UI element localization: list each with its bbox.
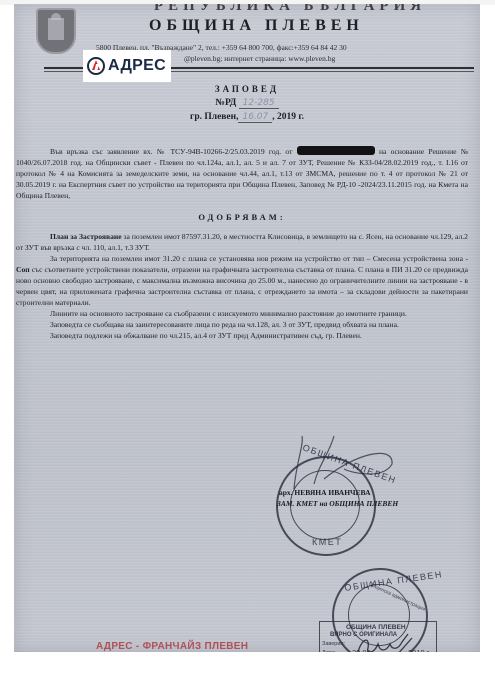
order-date-handwritten: 16.07 — [238, 112, 272, 123]
paragraph-territory: За територията на поземлен имот 31.20 с … — [16, 254, 468, 309]
territory-start: За територията на поземлен имот 31.20 с … — [50, 254, 468, 263]
order-number-handwritten: 12-285 — [239, 98, 279, 109]
redacted-name-2 — [331, 146, 375, 155]
certifier-signature-icon — [356, 632, 416, 652]
order-date: гр. Плевен,16.07, 2019 г. — [14, 112, 480, 122]
bottom-margin — [0, 652, 495, 700]
order-date-suffix: , 2019 г. — [272, 112, 304, 122]
pleven-coat-of-arms-icon — [36, 8, 76, 54]
box-stamp-certified-label: Заверил: — [322, 641, 345, 647]
signatory-position: ЗАМ. КМЕТ на ОБЩИНА ПЛЕВЕН — [277, 499, 398, 508]
franchise-watermark: АДРЕС - ФРАНЧАЙЗ ПЛЕВЕН — [96, 641, 248, 652]
territory-rest: със съответните устройствени показатели,… — [16, 265, 468, 307]
order-date-prefix: гр. Плевен, — [190, 112, 238, 122]
preamble-start: Във връзка със заявление вх. № ТСУ-94В-1… — [50, 147, 292, 156]
plan-title: План за Застрояване — [50, 232, 122, 241]
institution-name: ОБЩИНА ПЛЕВЕН — [149, 17, 364, 35]
letterhead-top-cut: РЕПУБЛИКА БЪЛГАРИЯ — [154, 4, 426, 15]
signature-scribble-icon — [284, 434, 404, 494]
scanned-document: РЕПУБЛИКА БЪЛГАРИЯ ОБЩИНА ПЛЕВЕН 5800 Пл… — [14, 4, 480, 652]
crest-tower — [48, 18, 64, 40]
paragraph-lines: Линиите на основното застрояване са съоб… — [16, 309, 468, 320]
adres-logo-text: АДРЕС — [108, 57, 166, 75]
order-number: №РД 12-285 — [14, 98, 480, 108]
preamble: Във връзка със заявление вх. № ТСУ-94В-1… — [16, 146, 468, 202]
order-heading: ЗАПОВЕД — [14, 84, 480, 94]
signatory-name: арх. НЕВЯНА ИВАНЧЕВА — [279, 488, 371, 497]
adres-logo: АДРЕС — [83, 50, 171, 82]
zone-code: Соп — [16, 265, 30, 274]
mayor-stamp-bottom-text: КМЕТ — [312, 537, 342, 547]
paragraph-notification: Заповедта се съобщава на заинтересованит… — [16, 320, 468, 331]
approve-heading: ОДОБРЯВАМ: — [16, 212, 468, 223]
adres-logo-mark-icon — [87, 57, 105, 75]
contact-web: @pleven.bg; интернет страница: www.pleve… — [184, 54, 335, 63]
true-copy-box-stamp: ОБЩИНА ПЛЕВЕН ВЯРНО С ОРИГИНАЛА Заверил:… — [319, 621, 437, 652]
paragraph-appeal: Заповедта подлежи на обжалване по чл.215… — [16, 331, 468, 342]
order-body: Във връзка със заявление вх. № ТСУ-94В-1… — [16, 146, 468, 342]
box-stamp-institution: ОБЩИНА ПЛЕВЕН — [346, 624, 406, 631]
order-number-prefix: №РД — [215, 98, 236, 108]
paragraph-plan: План за Застрояване за поземлен имот 875… — [16, 232, 468, 254]
